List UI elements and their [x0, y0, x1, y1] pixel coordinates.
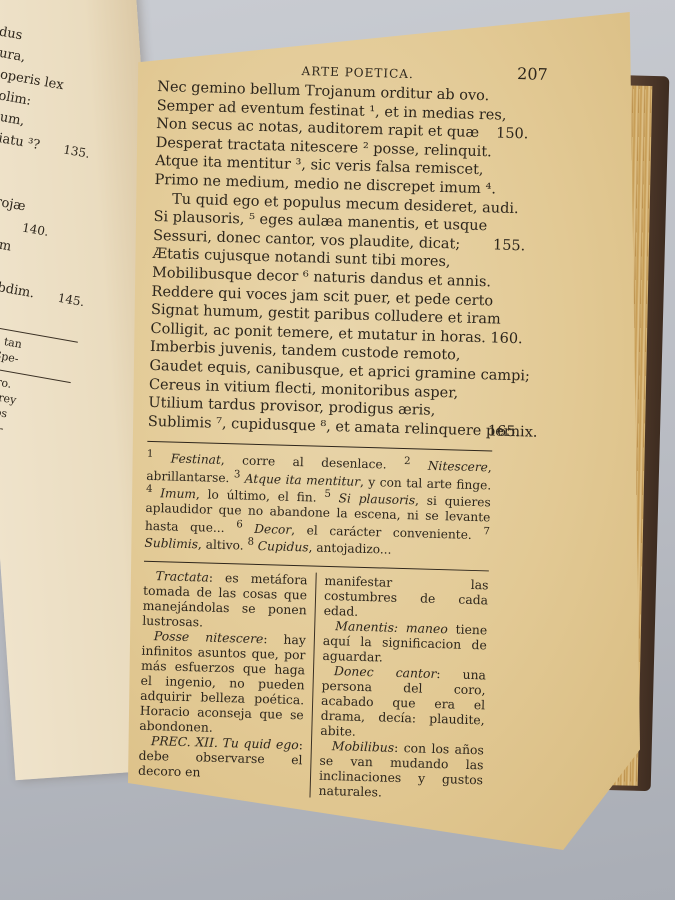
- commentary-note: Posse nitescere: hay infinitos asuntos q…: [139, 627, 306, 737]
- footnote: 8 Cupidus, antojadizo...: [247, 539, 391, 557]
- footnote-mark: 7: [483, 526, 490, 537]
- footnote-term: Atque ita mentitur: [240, 471, 360, 488]
- note-term: Tractata: [155, 568, 209, 584]
- footnote-term: Imum: [152, 486, 196, 501]
- commentary-note: PREC. XII. Tu quid ego: debe observarse …: [138, 732, 303, 782]
- left-line-number: 140.: [21, 220, 50, 238]
- commentary-note: manifestar las costumbres de cada edad.: [324, 572, 489, 622]
- page-number: 207: [517, 64, 548, 84]
- footnote-gloss: , corre al desenlace.: [221, 453, 405, 472]
- footnote-gloss: , el carácter conveniente.: [291, 522, 484, 541]
- column-divider: [309, 572, 316, 797]
- footnote-term: Sublimis: [144, 536, 198, 551]
- left-page-verses: fidusctura,at operis lexus olim:bellum,o…: [0, 20, 130, 712]
- right-page-content: ARTE POETICA. 207 Nec gemino bellum Troj…: [138, 60, 518, 802]
- left-notes-fragment: ea de Homero.n: Antifates, reygoaes, pue…: [0, 358, 71, 712]
- commentary-note: Donec cantor: una persona del coro, acab…: [320, 662, 486, 742]
- notes-column-left: Tractata: es metáfora tomada de las cosa…: [138, 567, 308, 796]
- commentary-notes: Tractata: es metáfora tomada de las cosa…: [138, 567, 489, 802]
- footnote-term: Nitescere: [410, 459, 488, 475]
- line-number: 165.: [488, 422, 521, 441]
- left-line-number: 135.: [62, 142, 91, 160]
- footnote-term: Cupidus: [254, 539, 309, 555]
- footnote-gloss: , antojadizo...: [308, 540, 391, 556]
- left-line-number: 145.: [57, 291, 86, 309]
- verse-block: Nec gemino bellum Trojanum orditur ab ov…: [148, 78, 518, 441]
- footnote-gloss: , y con tal arte finge.: [360, 475, 492, 493]
- line-number: 150.: [496, 125, 529, 144]
- footnote-term: Festinat: [153, 451, 221, 467]
- note-text: : hay infinitos asuntos que, por más esf…: [139, 631, 306, 735]
- commentary-note: Manentis: maneo tiene aquí la significac…: [322, 617, 487, 667]
- line-number: 155.: [493, 236, 526, 255]
- notes-column-right: manifestar las costumbres de cada edad.M…: [318, 572, 488, 801]
- line-number: 160.: [490, 329, 523, 348]
- footnote-gloss: , altivo.: [198, 537, 248, 552]
- commentary-note: Mobilibus: con los años se van mudando l…: [318, 737, 484, 802]
- footnote-term: Decor: [242, 521, 291, 536]
- note-text: manifestar las costumbres de cada edad.: [324, 572, 489, 618]
- note-term: Mobilibus: [332, 738, 395, 755]
- footnotes: 1 Festinat, corre al desenlace. 2 Nitesc…: [144, 448, 492, 560]
- commentary-note: Tractata: es metáfora tomada de las cosa…: [142, 567, 308, 632]
